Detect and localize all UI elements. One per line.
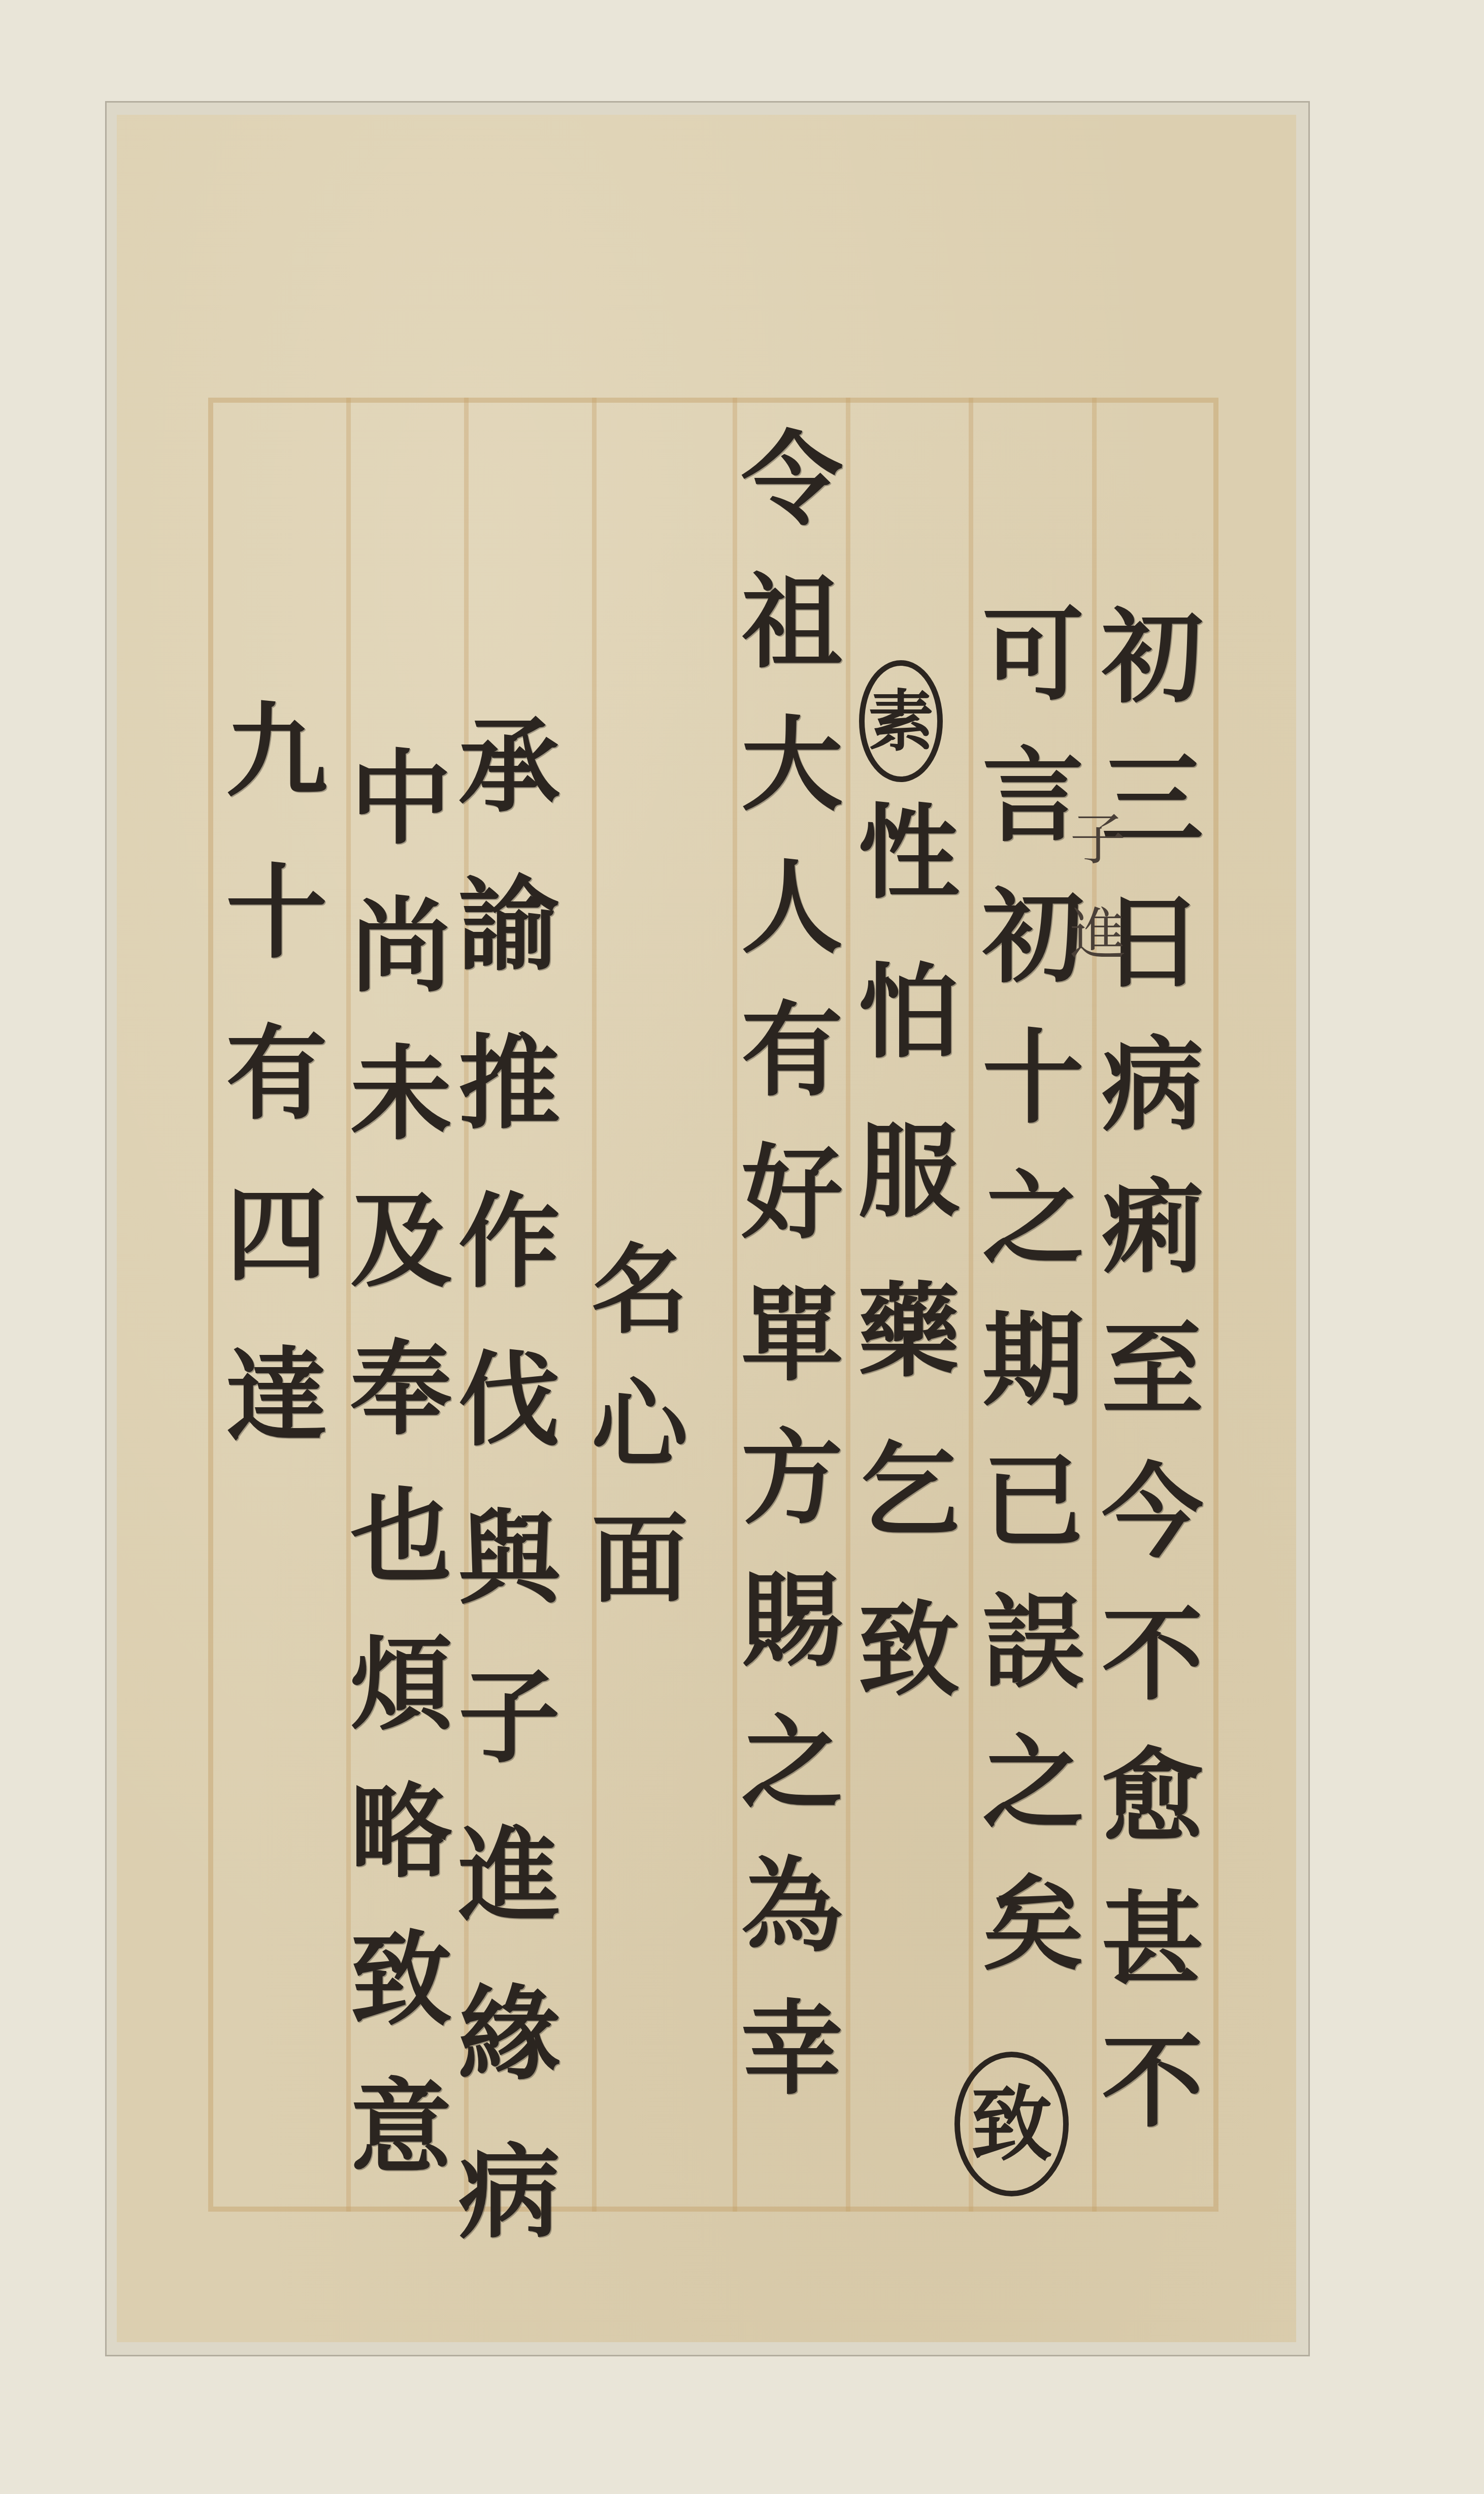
calligraphy-character: 九 bbox=[226, 701, 327, 802]
text-column-8: 九十有四達 bbox=[211, 701, 343, 1447]
calligraphy-character: 及 bbox=[350, 1191, 452, 1292]
calligraphy-character: 子 bbox=[458, 1667, 560, 1768]
calligraphy-character: 十 bbox=[982, 1027, 1084, 1129]
calligraphy-character: 愈 bbox=[1102, 1746, 1203, 1848]
calligraphy-character: 伐 bbox=[458, 1350, 560, 1451]
calligraphy-character: 致 bbox=[350, 1929, 452, 2031]
text-column-5: 名心面 bbox=[574, 1242, 706, 1607]
calligraphy-character: 也 bbox=[350, 1486, 452, 1588]
calligraphy-character: 大 bbox=[741, 715, 843, 816]
calligraphy-character: 方 bbox=[741, 1428, 843, 1529]
calligraphy-character: 之 bbox=[741, 1713, 843, 1815]
calligraphy-character: 進 bbox=[458, 1825, 560, 1927]
calligraphy-character: 有 bbox=[226, 1023, 327, 1125]
calligraphy-character: 怕 bbox=[858, 962, 960, 1063]
circled-character: 素 bbox=[859, 660, 943, 782]
calligraphy-character: 之 bbox=[982, 1169, 1084, 1270]
calligraphy-character: 性 bbox=[858, 802, 960, 904]
calligraphy-character: 已 bbox=[982, 1451, 1084, 1552]
calligraphy-character: 痢 bbox=[1102, 1177, 1203, 1278]
calligraphy-character: 致 bbox=[858, 1600, 960, 1701]
calligraphy-character: 藥 bbox=[858, 1281, 960, 1382]
calligraphy-character: 好 bbox=[741, 1143, 843, 1244]
calligraphy-character: 有 bbox=[741, 1000, 843, 1102]
calligraphy-character: 單 bbox=[741, 1285, 843, 1386]
calligraphy-character: 不 bbox=[1102, 1604, 1203, 1706]
calligraphy-character: 人 bbox=[741, 857, 843, 959]
calligraphy-character: 期 bbox=[982, 1310, 1084, 1411]
calligraphy-character: 病 bbox=[1102, 1034, 1203, 1136]
calligraphy-character: 心 bbox=[591, 1376, 688, 1473]
calligraphy-character: 子 bbox=[1070, 812, 1126, 867]
calligraphy-character: 十 bbox=[226, 862, 327, 964]
calligraphy-character: 賜 bbox=[741, 1570, 843, 1672]
side-annotation: 子進 bbox=[1069, 812, 1127, 962]
calligraphy-character: 煩 bbox=[350, 1634, 452, 1736]
calligraphy-character: 甚 bbox=[1102, 1889, 1203, 1991]
calligraphy-character: 為 bbox=[741, 1856, 843, 1957]
calligraphy-character: 矣 bbox=[982, 1874, 1084, 1975]
calligraphy-character: 略 bbox=[350, 1782, 452, 1883]
calligraphy-character: 諭 bbox=[458, 874, 560, 976]
calligraphy-character: 未 bbox=[350, 1044, 452, 1145]
calligraphy-character: 可 bbox=[982, 604, 1084, 706]
calligraphy-character: 令 bbox=[741, 429, 843, 531]
calligraphy-character: 達 bbox=[226, 1346, 327, 1447]
calligraphy-character: 之 bbox=[982, 1733, 1084, 1834]
calligraphy-character: 尚 bbox=[350, 896, 452, 997]
text-column-4: 令祖大人有好單方賜之為幸 bbox=[726, 429, 858, 2100]
calligraphy-character: 與 bbox=[458, 1508, 560, 1610]
calligraphy-character: 中 bbox=[350, 748, 452, 850]
calligraphy-character: 進 bbox=[1070, 906, 1126, 962]
calligraphy-character: 服 bbox=[858, 1121, 960, 1223]
calligraphy-character: 不 bbox=[1102, 2031, 1203, 2133]
calligraphy-character: 意 bbox=[350, 2077, 452, 2179]
calligraphy-character: 誤 bbox=[982, 1592, 1084, 1693]
calligraphy-character: 推 bbox=[458, 1033, 560, 1135]
calligraphy-character: 至 bbox=[1102, 1319, 1203, 1421]
calligraphy-character: 奉 bbox=[350, 1339, 452, 1440]
calligraphy-character: 乞 bbox=[858, 1440, 960, 1542]
calligraphy-character: 面 bbox=[591, 1511, 688, 1607]
calligraphy-character: 初 bbox=[1102, 607, 1203, 708]
calligraphy-character: 幸 bbox=[741, 1998, 843, 2100]
calligraphy-character: 今 bbox=[1102, 1462, 1203, 1563]
calligraphy-character: 病 bbox=[458, 2142, 560, 2244]
calligraphy-character: 承 bbox=[458, 716, 560, 818]
calligraphy-character: 名 bbox=[591, 1242, 688, 1338]
circled-character: 致 bbox=[954, 2052, 1069, 2196]
calligraphy-character: 祖 bbox=[741, 572, 843, 673]
calligraphy-character: 四 bbox=[226, 1185, 327, 1286]
text-column-7: 中尚未及奉也煩略致意 bbox=[335, 748, 467, 2179]
calligraphy-character: 緣 bbox=[458, 1984, 560, 2085]
text-column-3: 性怕服藥乞致 bbox=[843, 802, 975, 1701]
calligraphy-character: 作 bbox=[458, 1191, 560, 1293]
